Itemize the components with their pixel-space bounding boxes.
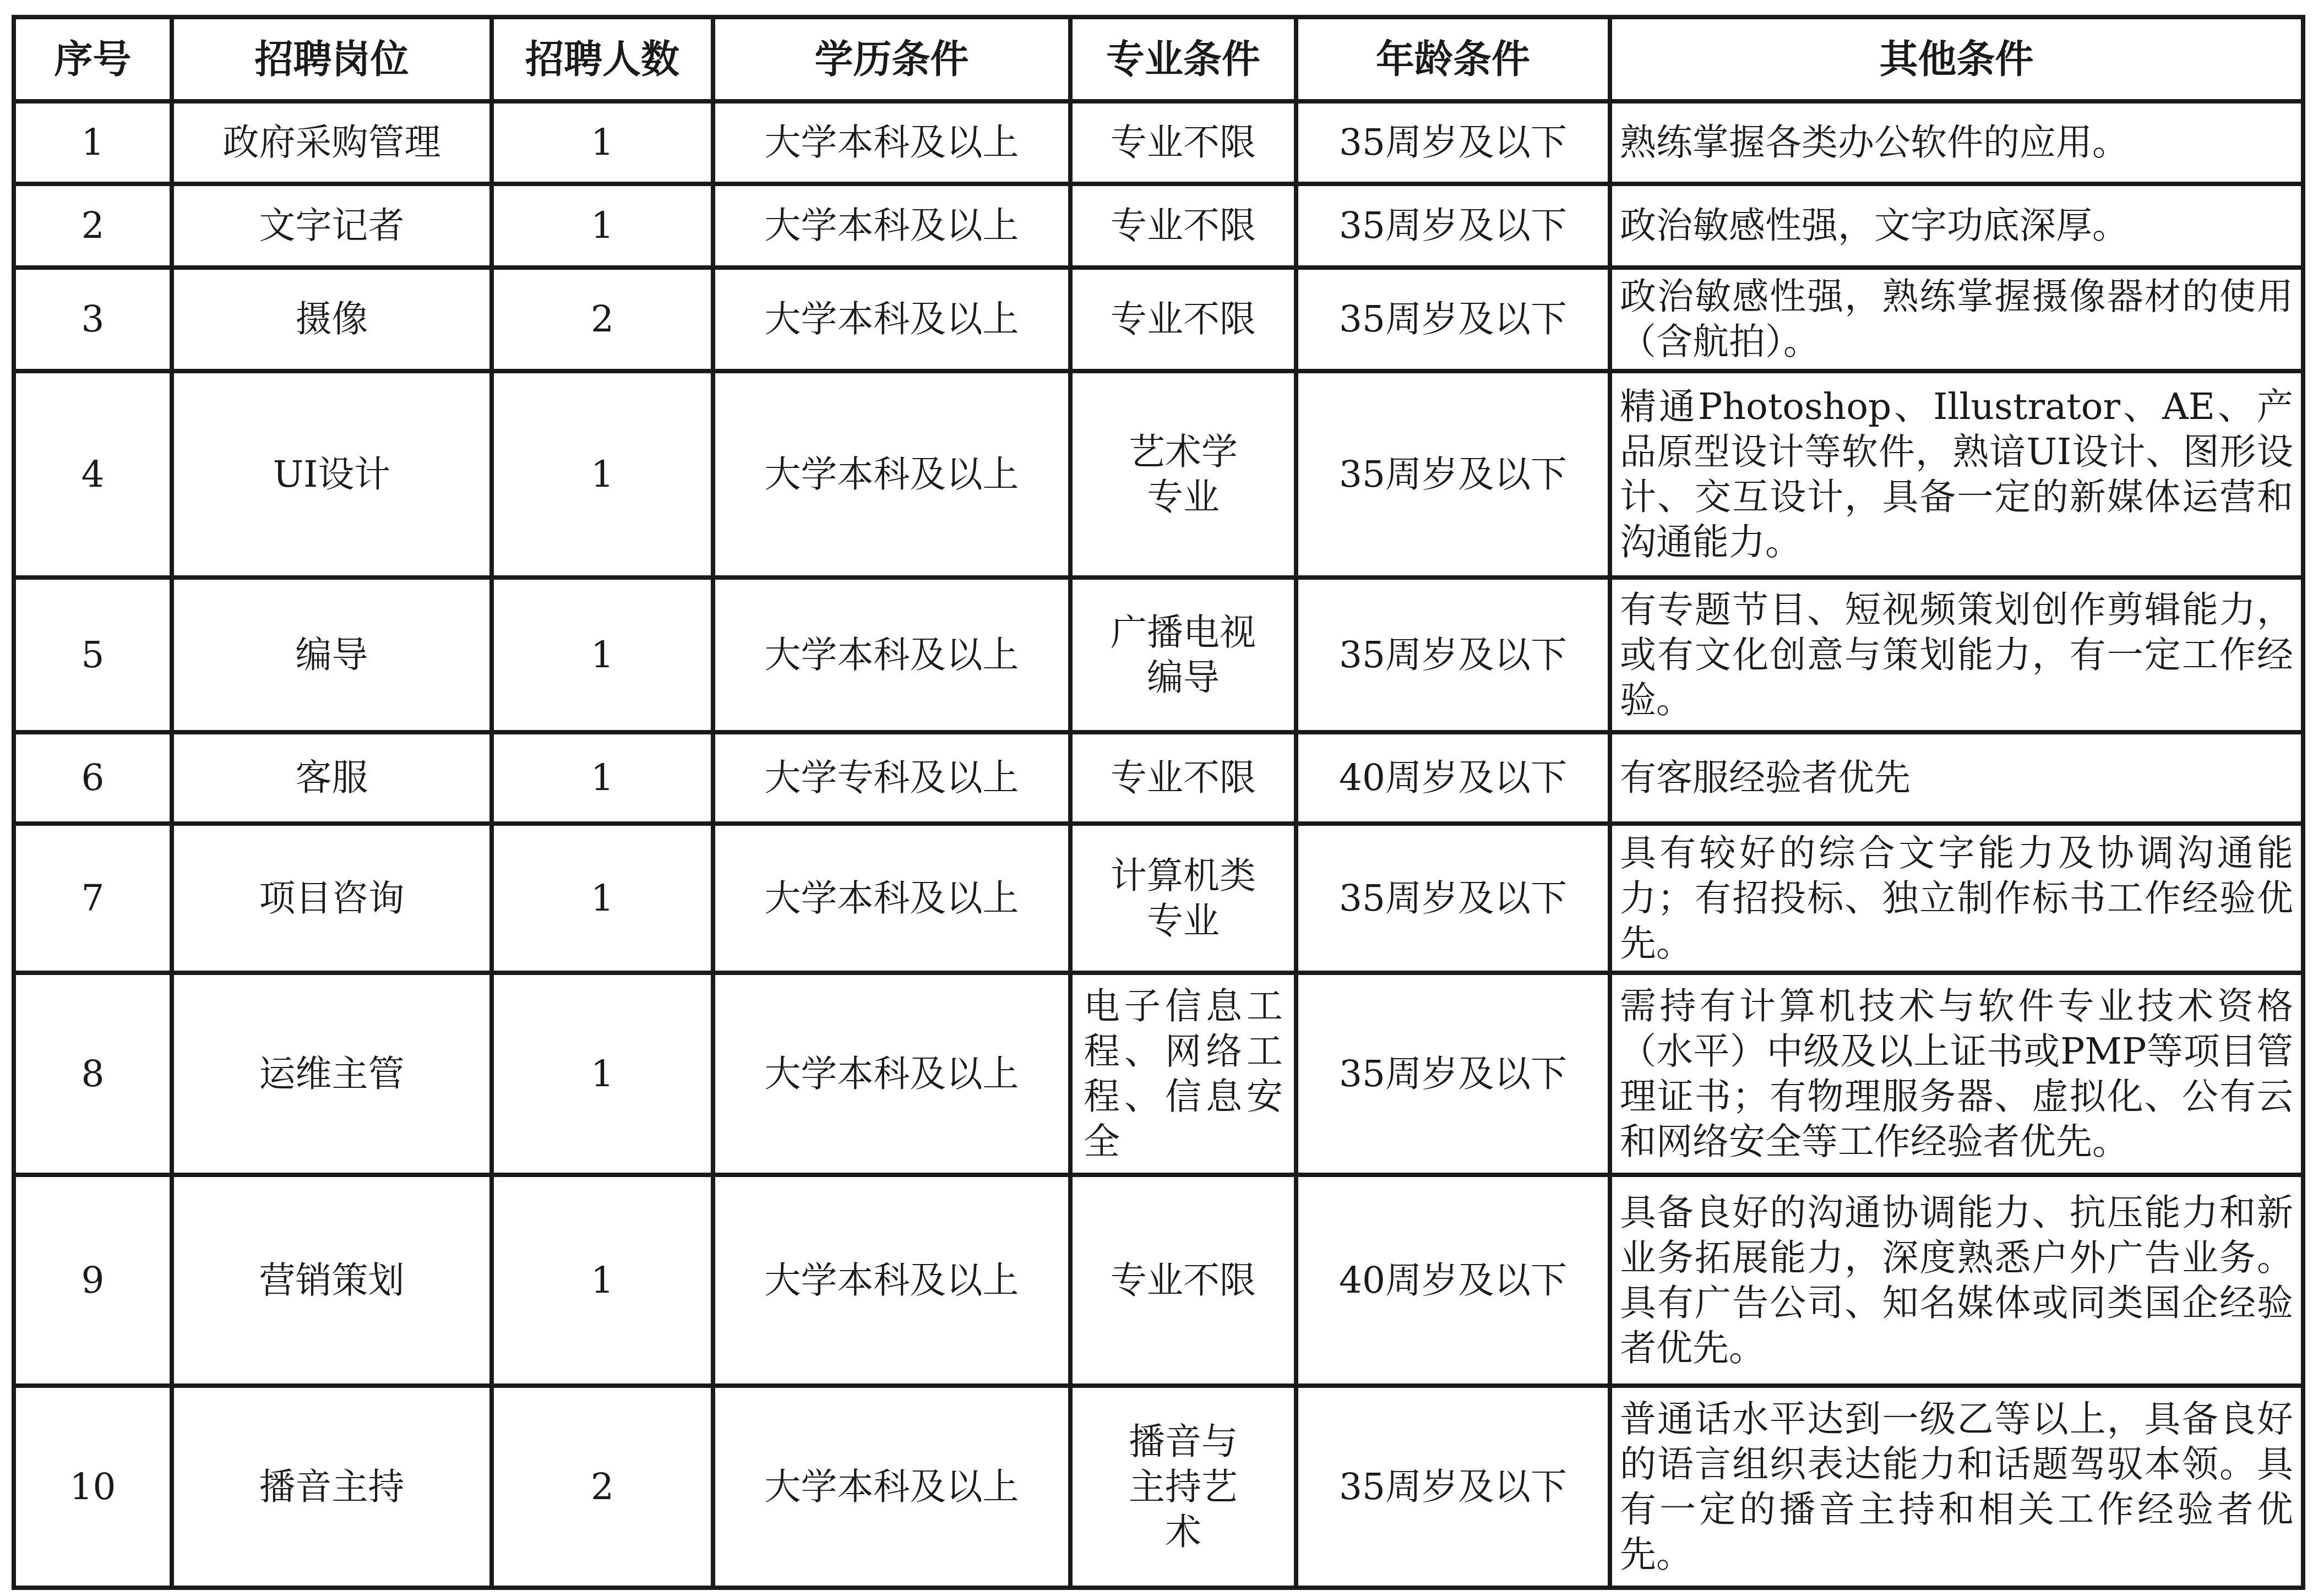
cell-count: 1 [492,371,713,578]
cell-position: 文字记者 [172,184,492,268]
cell-count: 1 [492,824,713,973]
cell-major: 专业不限 [1070,732,1296,824]
cell-major: 播音与主持艺术 [1070,1386,1296,1588]
cell-major: 专业不限 [1070,1175,1296,1386]
header-age: 年龄条件 [1296,17,1610,101]
table-row: 5 编导 1 大学本科及以上 广播电视编导 35周岁及以下 有专题节目、短视频策… [14,578,2303,732]
cell-position: UI设计 [172,371,492,578]
cell-no: 3 [14,268,172,371]
cell-education: 大学本科及以上 [713,371,1070,578]
cell-position: 项目咨询 [172,824,492,973]
cell-no: 7 [14,824,172,973]
cell-other: 普通话水平达到一级乙等以上，具备良好的语言组织表达能力和话题驾驭本领。具有一定的… [1610,1386,2303,1588]
cell-age: 35周岁及以下 [1296,101,1610,184]
cell-other: 具备良好的沟通协调能力、抗压能力和新业务拓展能力，深度熟悉户外广告业务。具有广告… [1610,1175,2303,1386]
header-education: 学历条件 [713,17,1070,101]
cell-major: 电子信息工程、网络工程、信息安全 [1070,973,1296,1175]
header-position: 招聘岗位 [172,17,492,101]
cell-position: 播音主持 [172,1386,492,1588]
cell-education: 大学本科及以上 [713,101,1070,184]
header-major: 专业条件 [1070,17,1296,101]
cell-count: 1 [492,184,713,268]
cell-age: 35周岁及以下 [1296,184,1610,268]
cell-education: 大学本科及以上 [713,184,1070,268]
cell-major: 广播电视编导 [1070,578,1296,732]
header-other: 其他条件 [1610,17,2303,101]
cell-position: 政府采购管理 [172,101,492,184]
cell-education: 大学本科及以上 [713,1386,1070,1588]
cell-other: 有专题节目、短视频策划创作剪辑能力，或有文化创意与策划能力，有一定工作经验。 [1610,578,2303,732]
cell-education: 大学本科及以上 [713,1175,1070,1386]
cell-count: 1 [492,732,713,824]
cell-count: 1 [492,101,713,184]
cell-age: 35周岁及以下 [1296,578,1610,732]
cell-education: 大学本科及以上 [713,578,1070,732]
cell-no: 8 [14,973,172,1175]
cell-education: 大学本科及以上 [713,824,1070,973]
cell-other: 政治敏感性强，熟练掌握摄像器材的使用（含航拍）。 [1610,268,2303,371]
table-row: 1 政府采购管理 1 大学本科及以上 专业不限 35周岁及以下 熟练掌握各类办公… [14,101,2303,184]
cell-count: 2 [492,1386,713,1588]
cell-major: 专业不限 [1070,184,1296,268]
cell-position: 编导 [172,578,492,732]
cell-count: 1 [492,578,713,732]
cell-major: 专业不限 [1070,268,1296,371]
cell-other: 具有较好的综合文字能力及协调沟通能力；有招投标、独立制作标书工作经验优先。 [1610,824,2303,973]
cell-major: 艺术学专业 [1070,371,1296,578]
cell-other: 需持有计算机技术与软件专业技术资格（水平）中级及以上证书或PMP等项目管理证书；… [1610,973,2303,1175]
header-no: 序号 [14,17,172,101]
recruitment-table: 序号 招聘岗位 招聘人数 学历条件 专业条件 年龄条件 其他条件 1 政府采购管… [12,15,2305,1590]
table-row: 4 UI设计 1 大学本科及以上 艺术学专业 35周岁及以下 精通Photosh… [14,371,2303,578]
cell-other: 政治敏感性强，文字功底深厚。 [1610,184,2303,268]
cell-other: 熟练掌握各类办公软件的应用。 [1610,101,2303,184]
cell-other: 精通Photoshop、Illustrator、AE、产品原型设计等软件，熟谙U… [1610,371,2303,578]
cell-age: 40周岁及以下 [1296,1175,1610,1386]
cell-position: 营销策划 [172,1175,492,1386]
cell-education: 大学专科及以上 [713,732,1070,824]
header-row: 序号 招聘岗位 招聘人数 学历条件 专业条件 年龄条件 其他条件 [14,17,2303,101]
cell-no: 1 [14,101,172,184]
cell-age: 35周岁及以下 [1296,973,1610,1175]
table-row: 9 营销策划 1 大学本科及以上 专业不限 40周岁及以下 具备良好的沟通协调能… [14,1175,2303,1386]
cell-no: 6 [14,732,172,824]
header-count: 招聘人数 [492,17,713,101]
cell-age: 35周岁及以下 [1296,824,1610,973]
cell-no: 2 [14,184,172,268]
cell-position: 运维主管 [172,973,492,1175]
cell-no: 5 [14,578,172,732]
cell-position: 客服 [172,732,492,824]
cell-no: 9 [14,1175,172,1386]
cell-education: 大学本科及以上 [713,268,1070,371]
table-row: 2 文字记者 1 大学本科及以上 专业不限 35周岁及以下 政治敏感性强，文字功… [14,184,2303,268]
cell-no: 4 [14,371,172,578]
cell-age: 40周岁及以下 [1296,732,1610,824]
cell-age: 35周岁及以下 [1296,1386,1610,1588]
table-row: 8 运维主管 1 大学本科及以上 电子信息工程、网络工程、信息安全 35周岁及以… [14,973,2303,1175]
table-row: 10 播音主持 2 大学本科及以上 播音与主持艺术 35周岁及以下 普通话水平达… [14,1386,2303,1588]
cell-major: 专业不限 [1070,101,1296,184]
table-row: 7 项目咨询 1 大学本科及以上 计算机类专业 35周岁及以下 具有较好的综合文… [14,824,2303,973]
cell-count: 1 [492,1175,713,1386]
table-row: 6 客服 1 大学专科及以上 专业不限 40周岁及以下 有客服经验者优先 [14,732,2303,824]
cell-count: 1 [492,973,713,1175]
table-row: 3 摄像 2 大学本科及以上 专业不限 35周岁及以下 政治敏感性强，熟练掌握摄… [14,268,2303,371]
cell-age: 35周岁及以下 [1296,371,1610,578]
cell-education: 大学本科及以上 [713,973,1070,1175]
cell-count: 2 [492,268,713,371]
cell-age: 35周岁及以下 [1296,268,1610,371]
cell-other: 有客服经验者优先 [1610,732,2303,824]
cell-no: 10 [14,1386,172,1588]
cell-position: 摄像 [172,268,492,371]
cell-major: 计算机类专业 [1070,824,1296,973]
